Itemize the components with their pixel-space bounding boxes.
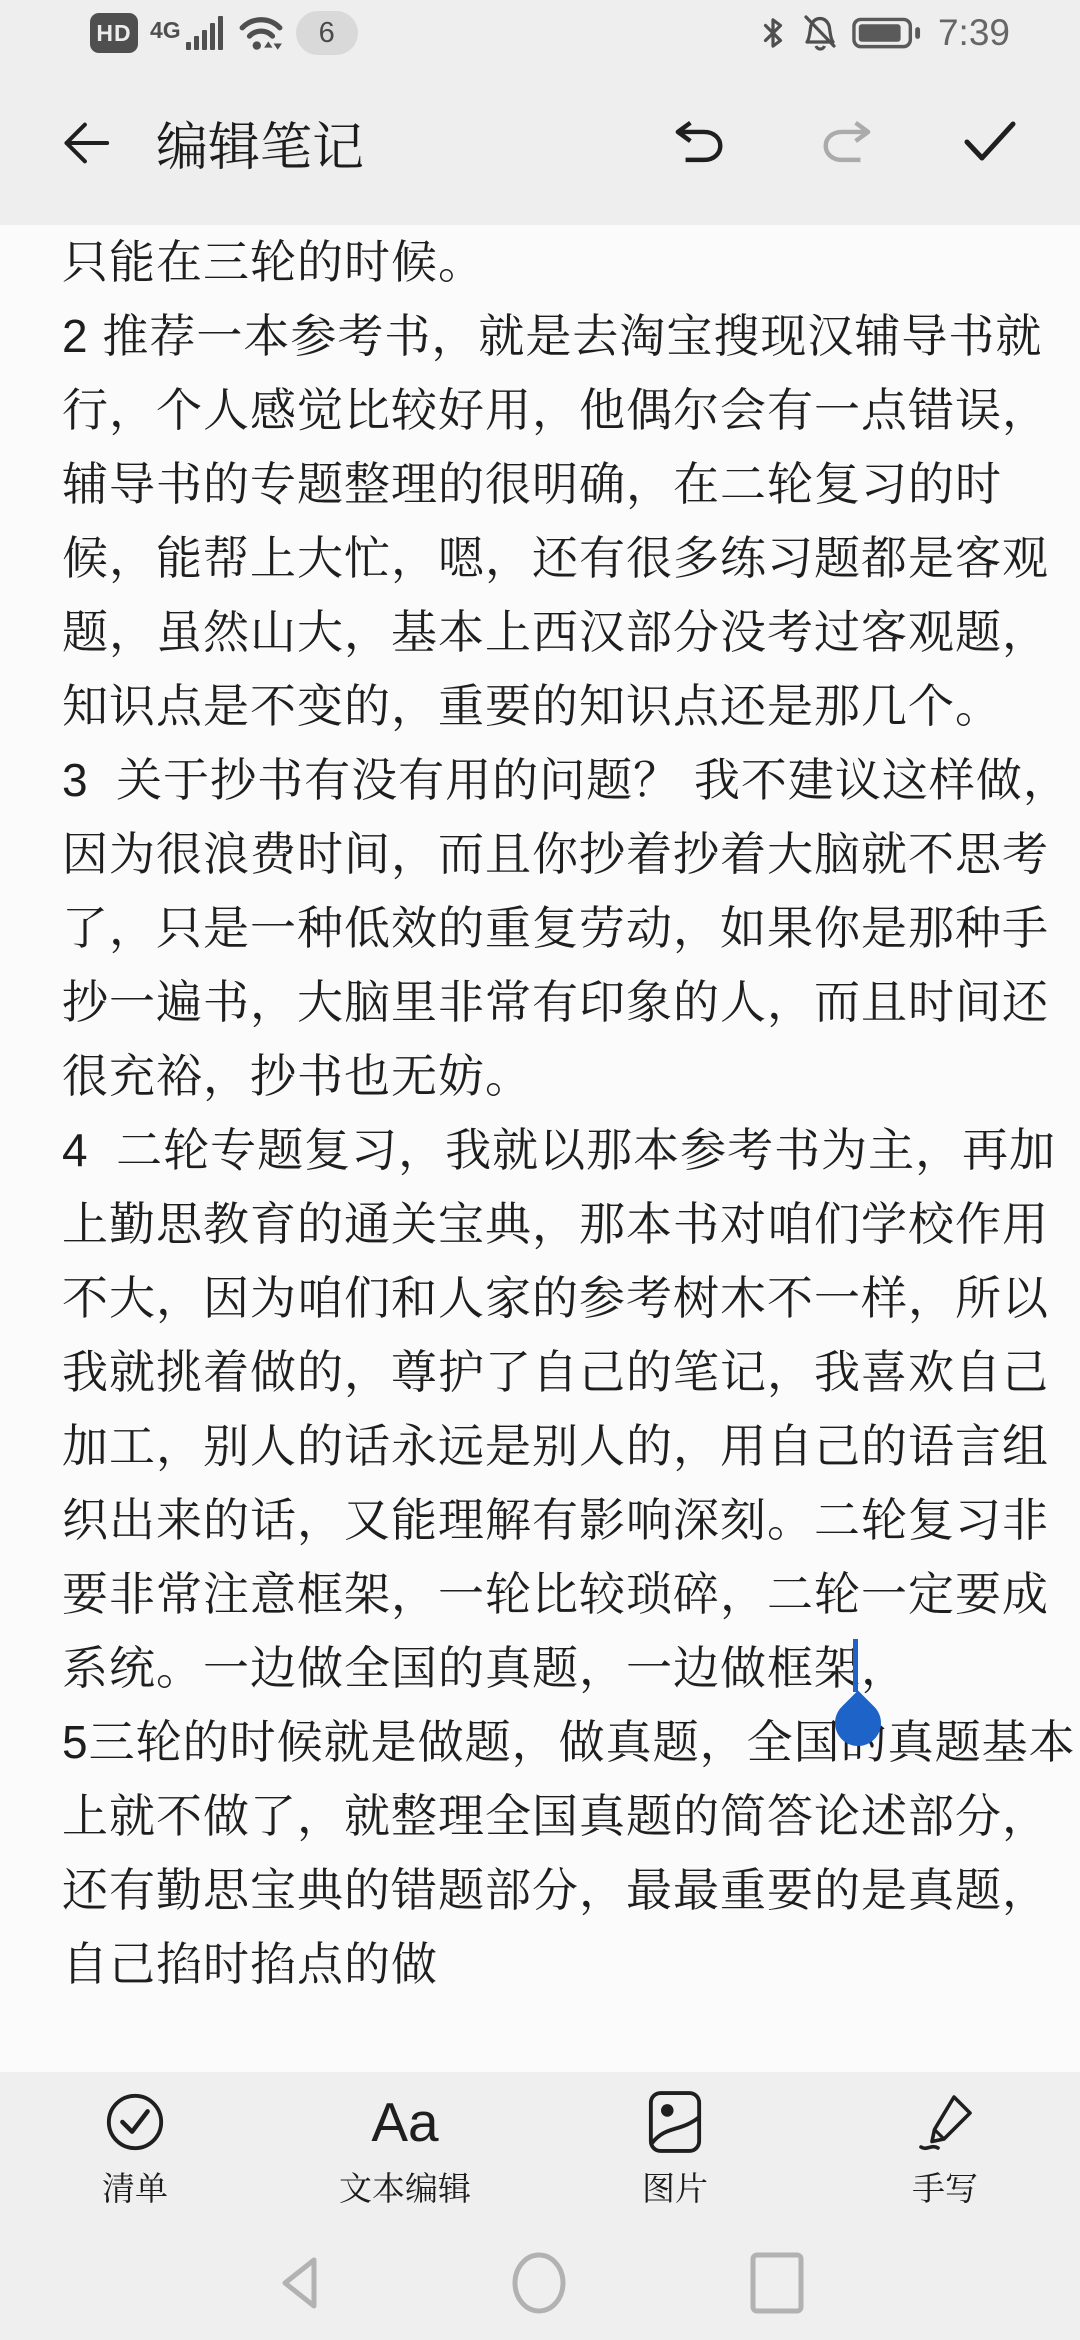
insert-image-button[interactable]: 图片 [540,2072,810,2225]
note-text-line[interactable]: 只能在三轮的时候。 [62,225,1018,299]
nav-recents-square-icon [748,2250,806,2316]
nav-home-button[interactable] [508,2250,570,2316]
wifi-icon [238,12,284,54]
checklist-circle-icon [104,2091,166,2153]
note-text-line[interactable]: 织出来的话，又能理解有影响深刻。二轮复习非 [62,1483,1018,1557]
note-text-line[interactable]: 不大，因为咱们和人家的参考树木不一样，所以 [62,1261,1018,1335]
note-text-line[interactable]: 3 关于抄书有没有用的问题？ 我不建议这样做， [62,743,1018,817]
text-format-icon: Aa [371,2091,438,2153]
note-text-line[interactable]: 题，虽然山大，基本上西汉部分没考过客观题， [62,595,1018,669]
note-text-line[interactable]: 自己掐时掐点的做 [62,1927,1018,2001]
nav-back-triangle-icon [274,2253,330,2313]
note-text-line[interactable]: 系统。一边做全国的真题，一边做框架， [62,1631,1018,1705]
image-label: 图片 [642,2163,708,2210]
nav-recents-button[interactable] [748,2250,806,2316]
note-text-line[interactable]: 抄一遍书，大脑里非常有印象的人，而且时间还 [62,965,1018,1039]
clock-time: 7:39 [938,12,1010,54]
note-text-line[interactable]: 上就不做了，就整理全国真题的简答论述部分， [62,1779,1018,1853]
note-text-line[interactable]: 我就挑着做的，尊护了自己的笔记，我喜欢自己 [62,1335,1018,1409]
note-text-line[interactable]: 知识点是不变的，重要的知识点还是那几个。 [62,669,1018,743]
note-text-line[interactable]: 因为很浪费时间，而且你抄着抄着大脑就不思考 [62,817,1018,891]
image-icon [647,2091,703,2153]
text-cursor [853,1639,858,1692]
handwriting-button[interactable]: 手写 [810,2072,1080,2225]
undo-icon [670,116,732,170]
note-text-line[interactable]: 上勤思教育的通关宝典，那本书对咱们学校作用 [62,1187,1018,1261]
confirm-check-icon [958,115,1022,171]
note-text-line[interactable]: 要非常注意框架，一轮比较琐碎，二轮一定要成 [62,1557,1018,1631]
mute-bell-icon [800,13,840,53]
note-text-line[interactable]: 了，只是一种低效的重复劳动，如果你是那种手 [62,891,1018,965]
handwriting-label: 手写 [912,2163,978,2210]
signal-bars-icon: 4G [150,12,226,54]
back-button[interactable] [52,114,110,172]
checklist-label: 清单 [102,2163,168,2210]
handwriting-pencil-icon [913,2091,977,2153]
hd-icon: HD [90,13,138,53]
network-type-label: 4G [150,20,181,40]
back-arrow-icon [52,114,110,172]
text-edit-button[interactable]: Aa 文本编辑 [270,2072,540,2225]
battery-icon [852,13,922,53]
app-header: 编辑笔记 [0,60,1080,225]
note-editor-screen: HD 4G [0,0,1080,2340]
status-bar: HD 4G [0,0,1080,60]
bluetooth-icon [758,13,788,53]
note-text-line[interactable]: 行，个人感觉比较好用，他偶尔会有一点错误， [62,373,1018,447]
redo-icon [814,116,876,170]
notification-count-badge: 6 [296,11,358,55]
note-text-line[interactable]: 候，能帮上大忙，嗯，还有很多练习题都是客观 [62,521,1018,595]
editor-toolbar: 清单 Aa 文本编辑 图片 手写 [0,2072,1080,2225]
note-text-line[interactable]: 加工，别人的话永远是别人的，用自己的语言组 [62,1409,1018,1483]
note-text-line[interactable]: 辅导书的专题整理的很明确，在二轮复习的时 [62,447,1018,521]
system-navbar [0,2225,1080,2340]
status-right-group: 7:39 [758,12,1010,54]
confirm-button[interactable] [958,115,1022,171]
page-title: 编辑笔记 [156,105,364,180]
note-text-area[interactable]: 只能在三轮的时候。 2 推荐一本参考书，就是去淘宝搜现汉辅导书就 行，个人感觉比… [0,225,1080,2072]
nav-home-circle-icon [508,2250,570,2316]
note-text-line[interactable]: 还有勤思宝典的错题部分，最最重要的是真题， [62,1853,1018,1927]
checklist-button[interactable]: 清单 [0,2072,270,2225]
undo-button[interactable] [670,116,732,170]
note-text-line[interactable]: 2 推荐一本参考书，就是去淘宝搜现汉辅导书就 [62,299,1018,373]
status-left-group: HD 4G [90,11,358,55]
nav-back-button[interactable] [274,2253,330,2313]
redo-button[interactable] [814,116,876,170]
note-text-line[interactable]: 很充裕，抄书也无妨。 [62,1039,1018,1113]
text-edit-label: 文本编辑 [339,2163,471,2210]
note-text-line[interactable]: 4 二轮专题复习，我就以那本参考书为主，再加 [62,1113,1018,1187]
